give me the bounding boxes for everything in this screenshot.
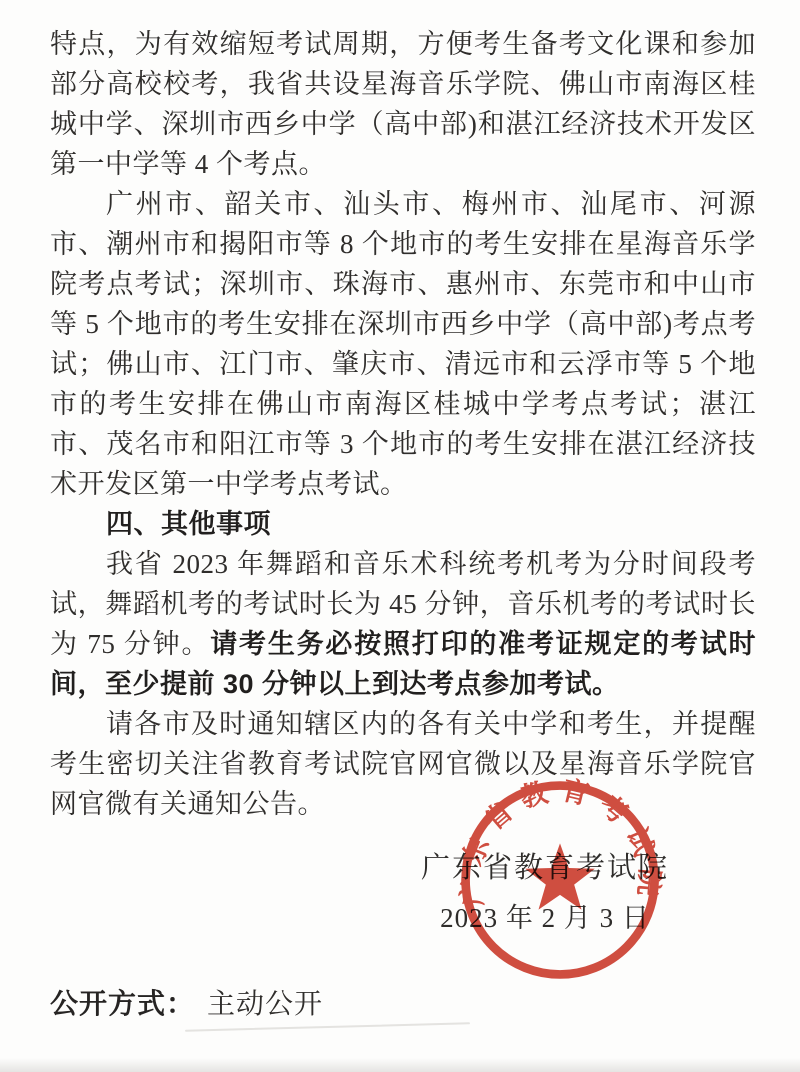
disclosure-line: 公开方式：主动公开 (50, 982, 323, 1022)
text-run: 特点，为有效缩短考试周期，方便考生备考文化课和参加部分高校校考，我省共设星海音乐… (50, 29, 756, 179)
disclosure-label: 公开方式： (50, 988, 195, 1019)
signature-organization: 广东省教育考试院 (360, 846, 730, 890)
section-heading: 四、其他事项 (50, 504, 756, 544)
scan-artifact-line (185, 1022, 470, 1031)
paragraph-exam-duration: 我省 2023 年舞蹈和音乐术科统考机考为分时间段考试，舞蹈机考的考试时长为 4… (50, 544, 756, 704)
document-body: 特点，为有效缩短考试周期，方便考生备考文化课和参加部分高校校考，我省共设星海音乐… (50, 24, 756, 824)
signature-block: 广东省教育考试院 2023 年 2 月 3 日 (360, 846, 730, 940)
section-heading-text: 四、其他事项 (106, 509, 271, 539)
paragraph-continuation: 特点，为有效缩短考试周期，方便考生备考文化课和参加部分高校校考，我省共设星海音乐… (50, 24, 756, 184)
text-run: 广州市、韶关市、汕头市、梅州市、汕尾市、河源市、潮州市和揭阳市等 8 个地市的考… (50, 189, 756, 499)
scanned-document-page: 特点，为有效缩短考试周期，方便考生备考文化课和参加部分高校校考，我省共设星海音乐… (0, 0, 800, 1072)
paragraph-notify-schools: 请各市及时通知辖区内的各有关中学和考生，并提醒考生密切关注省教育考试院官网官微以… (50, 704, 756, 824)
signature-date: 2023 年 2 月 3 日 (360, 896, 730, 940)
disclosure-value: 主动公开 (207, 989, 323, 1020)
paragraph-city-assignments: 广州市、韶关市、汕头市、梅州市、汕尾市、河源市、潮州市和揭阳市等 8 个地市的考… (50, 184, 756, 504)
text-run: 请各市及时通知辖区内的各有关中学和考生，并提醒考生密切关注省教育考试院官网官微以… (50, 709, 756, 819)
